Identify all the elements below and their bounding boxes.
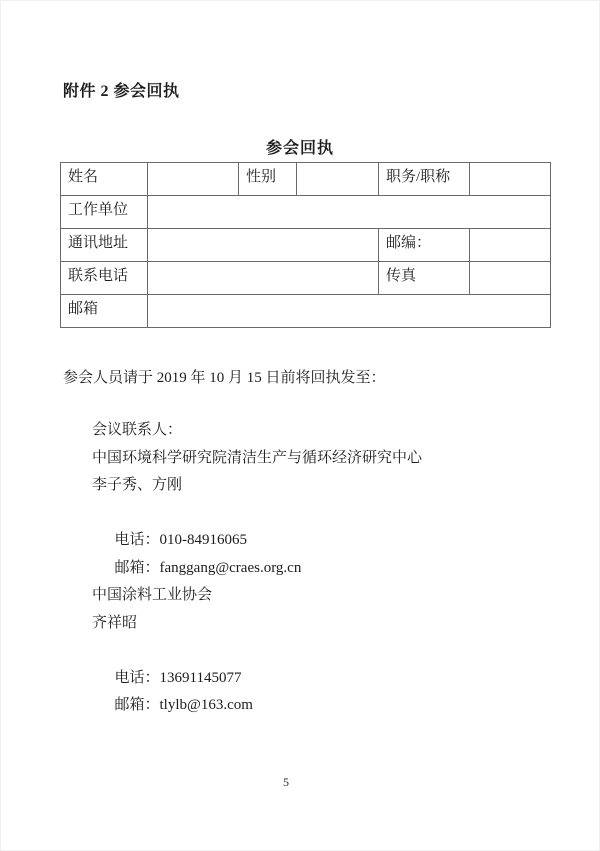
- email-label: 邮箱: [61, 295, 148, 328]
- form-title: 参会回执: [0, 135, 600, 158]
- contact-phone-label: 联系电话: [61, 262, 148, 295]
- gender-value-cell: [297, 163, 379, 196]
- organization-name: 中国涂料工业协会: [92, 582, 422, 610]
- postal-code-value-cell: [470, 229, 551, 262]
- contact-persons: 齐祥昭: [92, 610, 422, 638]
- contact-persons: 李子秀、方刚: [92, 472, 422, 500]
- postal-code-label: 邮编：: [379, 229, 470, 262]
- table-row-phone-fax: 联系电话 传真: [61, 262, 551, 295]
- fax-label: 传真: [379, 262, 470, 295]
- deadline-text: 参会人员请于 2019 年 10 月 15 日前将回执发至：: [63, 365, 386, 392]
- job-title-label: 职务/职称: [379, 163, 470, 196]
- phone-label: 电话：: [115, 532, 160, 548]
- table-row-address-postal: 通讯地址 邮编：: [61, 229, 551, 262]
- phone-line: 电话：010-84916065: [92, 500, 422, 528]
- table-row-name-gender-title: 姓名 性别 职务/职称: [61, 163, 551, 196]
- gender-label: 性别: [239, 163, 297, 196]
- page-number: 5: [226, 775, 346, 790]
- table-row-email: 邮箱: [61, 295, 551, 328]
- work-unit-value-cell: [148, 196, 551, 229]
- contacts-section: 会议联系人： 中国环境科学研究院清洁生产与循环经济研究中心 李子秀、方刚 电话：…: [92, 417, 422, 692]
- job-title-value-cell: [470, 163, 551, 196]
- organization-name: 中国环境科学研究院清洁生产与循环经济研究中心: [92, 445, 422, 473]
- email-value-cell: [148, 295, 551, 328]
- table-row-work-unit: 工作单位: [61, 196, 551, 229]
- contacts-heading: 会议联系人：: [92, 417, 422, 445]
- email-value: tlylb@163.com: [160, 697, 253, 713]
- attachment-title: 附件 2 参会回执: [63, 78, 180, 101]
- contact-phone-value-cell: [148, 262, 379, 295]
- email-label: 邮箱：: [115, 560, 160, 576]
- name-label: 姓名: [61, 163, 148, 196]
- address-label: 通讯地址: [61, 229, 148, 262]
- email-value: fanggang@craes.org.cn: [160, 560, 302, 576]
- name-value-cell: [148, 163, 239, 196]
- phone-value: 13691145077: [160, 670, 242, 686]
- work-unit-label: 工作单位: [61, 196, 148, 229]
- address-value-cell: [148, 229, 379, 262]
- phone-value: 010-84916065: [160, 532, 248, 548]
- document-page: 附件 2 参会回执 参会回执 姓名 性别 职务/职称 工作单位: [0, 0, 600, 851]
- phone-label: 电话：: [115, 670, 160, 686]
- reply-form-table: 姓名 性别 职务/职称 工作单位 通讯地址 邮编： 联系电话 传真: [60, 162, 551, 328]
- email-label: 邮箱：: [115, 697, 160, 713]
- phone-line: 电话：13691145077: [92, 637, 422, 665]
- fax-value-cell: [470, 262, 551, 295]
